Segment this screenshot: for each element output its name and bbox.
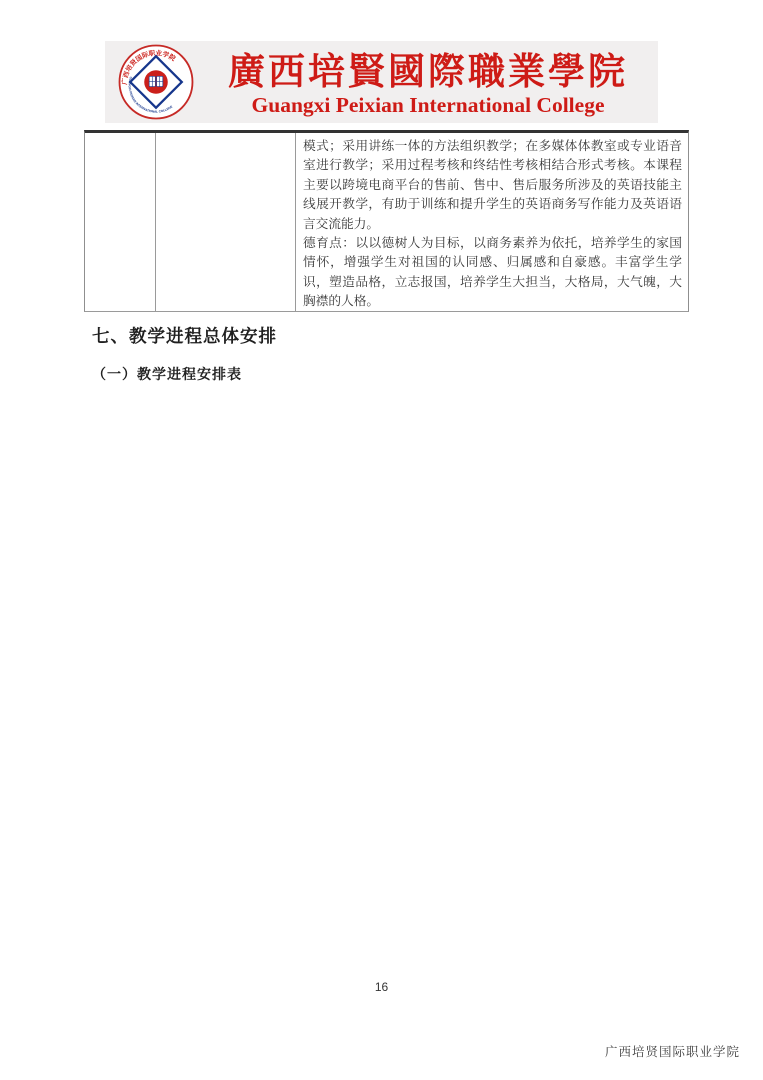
section-heading-teaching-schedule: 七、教学进程总体安排 [92, 323, 277, 348]
course-description-table: 模式；采用讲练一体的方法组织教学；在多媒体体教室或专业语音室进行教学；采用过程考… [84, 130, 689, 312]
college-name-zh: 廣西培賢國際職業學院 [228, 53, 628, 93]
page-number: 16 [0, 980, 763, 994]
college-name-en: Guangxi Peixian International College [252, 93, 605, 118]
table-col-empty-2 [156, 133, 296, 311]
college-title-block: 廣西培賢國際職業學院 Guangxi Peixian International… [198, 53, 658, 118]
college-logo-icon: 广西培贤国际职业学院 GUANGXI PEIXIAN INTERNATIONAL… [118, 44, 194, 120]
course-teaching-mode-paragraph: 模式；采用讲练一体的方法组织教学；在多媒体体教室或专业语音室进行教学；采用过程考… [303, 137, 682, 234]
subsection-heading-schedule-table: （一）教学进程安排表 [92, 364, 242, 384]
footer-college-name: 广西培贤国际职业学院 [605, 1042, 740, 1060]
table-col-empty-1 [85, 133, 156, 311]
college-header-banner: 广西培贤国际职业学院 GUANGXI PEIXIAN INTERNATIONAL… [105, 41, 658, 123]
logo-center-disc [144, 70, 168, 94]
table-col-content: 模式；采用讲练一体的方法组织教学；在多媒体体教室或专业语音室进行教学；采用过程考… [296, 133, 688, 311]
moral-education-paragraph: 德育点：以以德树人为目标，以商务素养为依托，培养学生的家国情怀，增强学生对祖国的… [303, 234, 682, 312]
